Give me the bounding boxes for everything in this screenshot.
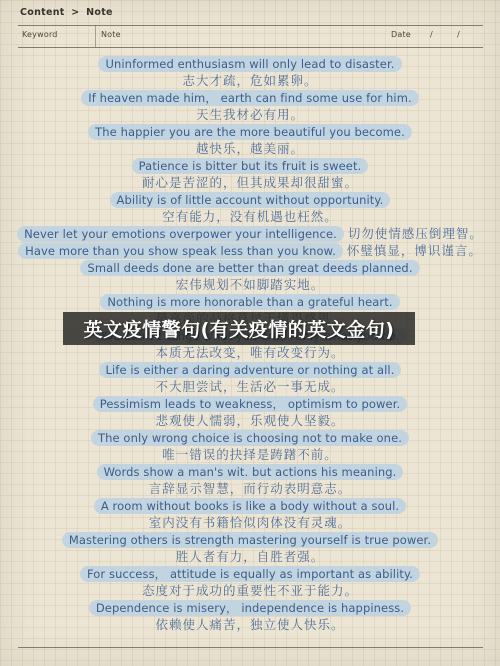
bottom-rule [18, 647, 483, 648]
quote-english: Words show a man's wit. but actions his … [97, 464, 404, 480]
quote-chinese: 不大胆尝试，生活必一事无成。 [155, 379, 344, 394]
quote-line: 室内没有书籍恰似肉体没有灵魂。 [0, 513, 500, 530]
breadcrumb: Content > Note [20, 7, 116, 18]
quote-line: Words show a man's wit. but actions his … [0, 462, 500, 479]
quote-line: 空有能力，没有机遇也枉然。 [0, 207, 500, 224]
quote-line: Have more than you show speak less than … [0, 241, 500, 258]
column-header-note: Note [101, 30, 121, 39]
title-overlay: 英文疫情警句(有关疫情的英文金句) [63, 312, 415, 345]
page-title: 英文疫情警句(有关疫情的英文金句) [84, 315, 395, 342]
quote-line: 本质无法改变，唯有改变行为。 [0, 343, 500, 360]
quote-english: Ability is of little account without opp… [110, 192, 391, 208]
quote-line: Nothing is more honorable than a gratefu… [0, 292, 500, 309]
quote-english: The happier you are the more beautiful y… [88, 124, 412, 140]
quote-english: Uninformed enthusiasm will only lead to … [98, 56, 401, 72]
quote-english: For success， attitude is equally as impo… [80, 566, 420, 582]
header-bottom-rule [18, 47, 483, 48]
quote-line: For success， attitude is equally as impo… [0, 564, 500, 581]
quote-chinese: 悲观使人懦弱，乐观使人坚毅。 [155, 413, 344, 428]
quote-english: Pessimism leads to weakness， optimism to… [93, 396, 408, 412]
quote-english: If heaven made him， earth can find some … [81, 90, 419, 106]
quote-line: 胜人者有力，自胜者强。 [0, 547, 500, 564]
column-header-date: Date [391, 30, 411, 39]
quote-line: Uninformed enthusiasm will only lead to … [0, 54, 500, 71]
quote-english: Nothing is more honorable than a gratefu… [100, 294, 399, 310]
quote-line: 依赖使人痛苦，独立使人快乐。 [0, 615, 500, 632]
quote-english: Have more than you show speak less than … [18, 243, 343, 259]
column-header-keyword: Keyword [22, 30, 58, 39]
quote-line: 不大胆尝试，生活必一事无成。 [0, 377, 500, 394]
quote-line: 志大才疏，危如累卵。 [0, 71, 500, 88]
quote-chinese: 本质无法改变，唯有改变行为。 [155, 345, 344, 360]
header-column-separator [95, 25, 96, 47]
quote-line: If heaven made him， earth can find some … [0, 88, 500, 105]
quote-chinese: 天生我材必有用。 [196, 107, 304, 122]
breadcrumb-item-note: Note [86, 7, 113, 18]
quote-chinese: 切勿使情感压倒理智。 [348, 226, 483, 241]
quote-line: Ability is of little account without opp… [0, 190, 500, 207]
breadcrumb-item-content: Content [20, 7, 65, 18]
quote-chinese: 越快乐，越美丽。 [196, 141, 304, 156]
quote-english: Never let your emotions overpower your i… [17, 226, 344, 242]
quote-line: 宏伟规划不如脚踏实地。 [0, 275, 500, 292]
quote-line: Dependence is misery， independence is ha… [0, 598, 500, 615]
quote-chinese: 胜人者有力，自胜者强。 [176, 549, 325, 564]
quote-line: 耐心是苦涩的，但其成果却很甜蜜。 [0, 173, 500, 190]
quote-chinese: 志大才疏，危如累卵。 [182, 73, 317, 88]
quote-line: Never let your emotions overpower your i… [0, 224, 500, 241]
quote-chinese: 依赖使人痛苦，独立使人快乐。 [155, 617, 344, 632]
quote-line: 唯一错误的抉择是踌躇不前。 [0, 445, 500, 462]
quote-english: Mastering others is strength mastering y… [62, 532, 438, 548]
quote-line: Mastering others is strength mastering y… [0, 530, 500, 547]
quote-line: Small deeds done are better than great d… [0, 258, 500, 275]
quote-line: 言辞显示智慧，而行动表明意志。 [0, 479, 500, 496]
quote-chinese: 耐心是苦涩的，但其成果却很甜蜜。 [142, 175, 358, 190]
quote-line: 悲观使人懦弱，乐观使人坚毅。 [0, 411, 500, 428]
quote-line: Life is either a daring adventure or not… [0, 360, 500, 377]
quote-line: 越快乐，越美丽。 [0, 139, 500, 156]
quote-line: The only wrong choice is choosing not to… [0, 428, 500, 445]
quote-english: Life is either a daring adventure or not… [99, 362, 402, 378]
quote-chinese: 言辞显示智慧，而行动表明意志。 [149, 481, 352, 496]
column-header-slash-2: / [457, 30, 460, 39]
quote-english: Dependence is misery， independence is ha… [89, 600, 411, 616]
quote-line: The happier you are the more beautiful y… [0, 122, 500, 139]
quote-line: Pessimism leads to weakness， optimism to… [0, 394, 500, 411]
quote-chinese: 怀璧慎显，博识谨言。 [347, 243, 482, 258]
breadcrumb-separator: > [71, 7, 79, 18]
header-top-rule [18, 25, 483, 26]
quote-chinese: 态度对于成功的重要性不亚于能力。 [142, 583, 358, 598]
quote-line: 天生我材必有用。 [0, 105, 500, 122]
quote-english: Small deeds done are better than great d… [80, 260, 419, 276]
quote-line: 态度对于成功的重要性不亚于能力。 [0, 581, 500, 598]
quote-english: A room without books is like a body with… [94, 498, 406, 514]
quote-line: A room without books is like a body with… [0, 496, 500, 513]
quote-english: Patience is bitter but its fruit is swee… [132, 158, 369, 174]
quote-chinese: 宏伟规划不如脚踏实地。 [176, 277, 325, 292]
quote-english: The only wrong choice is choosing not to… [91, 430, 409, 446]
quote-chinese: 唯一错误的抉择是踌躇不前。 [162, 447, 338, 462]
quote-line: Patience is bitter but its fruit is swee… [0, 156, 500, 173]
quote-chinese: 空有能力，没有机遇也枉然。 [162, 209, 338, 224]
quote-chinese: 室内没有书籍恰似肉体没有灵魂。 [149, 515, 352, 530]
column-header-slash-1: / [430, 30, 433, 39]
